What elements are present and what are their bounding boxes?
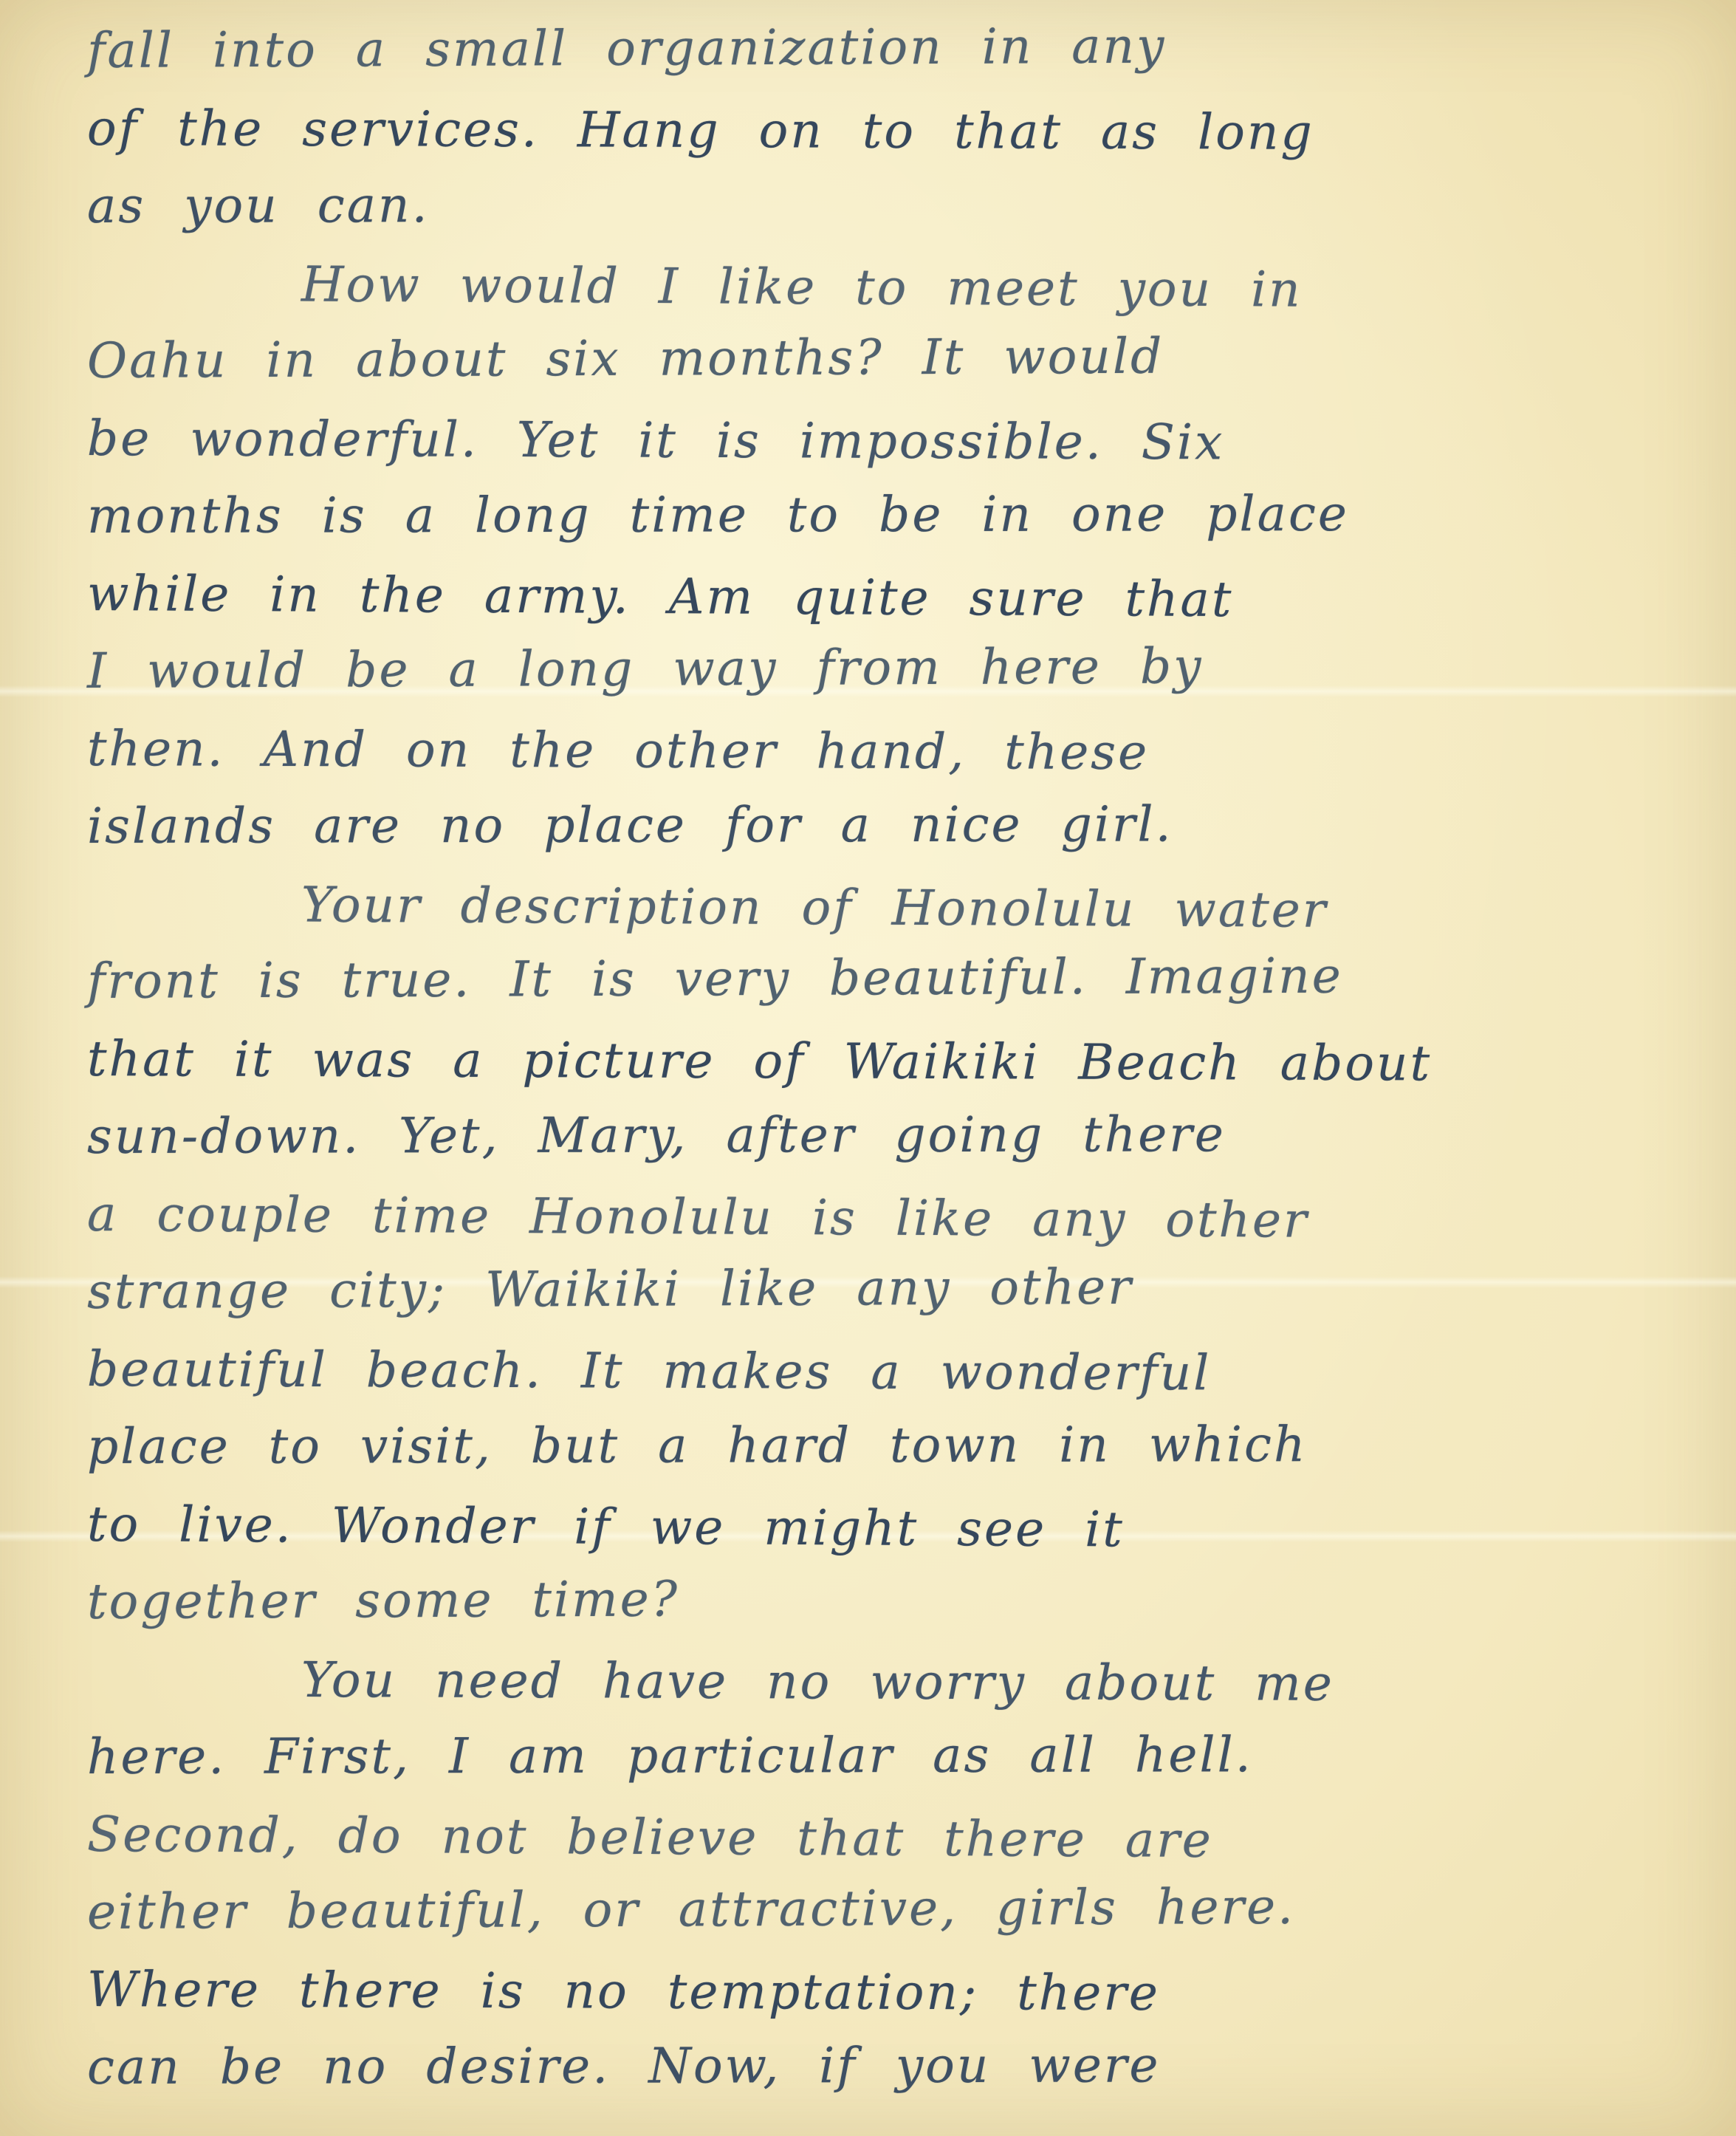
letter-line: place to visit, but a hard town in which [87,1405,1692,1485]
letter-body: fall into a small organization in anyof … [0,12,1736,2106]
letter-line: months is a long time to be in one place [87,474,1692,555]
letter-line: together some time? [87,1556,1692,1640]
letter-line: front is true. It is very beautiful. Ima… [87,936,1692,1020]
letter-page: fall into a small organization in anyof … [0,0,1736,2136]
letter-line: strange city; Waikiki like any other [87,1246,1692,1330]
letter-line: Where there is no temptation; there [87,1951,1692,2034]
letter-line: can be no desire. Now, if you were [87,2025,1692,2106]
letter-line: then. And on the other hand, these [87,710,1692,793]
letter-line: beautiful beach. It makes a wonderful [87,1330,1692,1414]
letter-line: that it was a picture of Waikiki Beach a… [87,1020,1692,1103]
letter-line: I would be a long way from here by [87,626,1692,710]
letter-line: You need have no worry about me [87,1640,1692,1724]
letter-line: as you can. [87,164,1692,244]
letter-line: Oahu in about six months? It would [87,315,1692,400]
letter-line: be wonderful. Yet it is impossible. Six [87,400,1692,483]
letter-line: of the services. Hang on to that as long [87,89,1692,173]
letter-line: islands are no place for a nice girl. [87,784,1692,865]
letter-line: fall into a small organization in any [87,5,1692,89]
letter-line: here. First, I am particular as all hell… [87,1715,1692,1796]
letter-line: sun-down. Yet, Mary, after going there [87,1095,1692,1175]
letter-line: either beautiful, or attractive, girls h… [87,1866,1692,1951]
